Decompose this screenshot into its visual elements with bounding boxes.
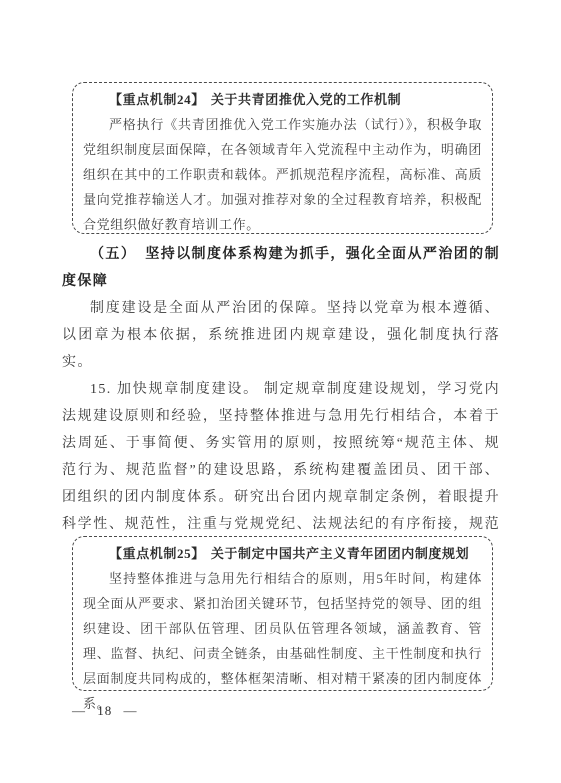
box-25-title: 关于制定中国共产主义青年团团内制度规划 [211,546,469,561]
document-page: 【重点机制24】关于共青团推优入党的工作机制 严格执行《共青团推优入党工作实施办… [0,0,561,783]
box-24-body: 严格执行《共青团推优入党工作实施办法（试行）》，积极争取党组织制度层面保障，在各… [83,112,482,237]
box-25-label: 【重点机制25】 [109,546,205,561]
paragraph-item-15: 15. 加快规章制度建设。制定规章制度建设规划，学习党内法规建设原则和经验，坚持… [62,376,500,537]
key-mechanism-box-25: 【重点机制25】关于制定中国共产主义青年团团内制度规划 坚持整体推进与急用先行相… [72,536,493,691]
box-24-title-line: 【重点机制24】关于共青团推优入党的工作机制 [83,87,482,112]
section-heading-number: （五） [90,247,136,262]
item-15-body: 制定规章制度建设规划，学习党内法规建设原则和经验，坚持整体推进与急用先行相结合，… [62,382,500,537]
page-number: — 18 — [72,703,138,719]
box-24-label: 【重点机制24】 [109,92,205,107]
key-mechanism-box-24: 【重点机制24】关于共青团推优入党的工作机制 严格执行《共青团推优入党工作实施办… [72,82,493,234]
paragraph-institution: 制度建设是全面从严治团的保障。坚持以党章为根本遵循、以团章为根本依据，系统推进团… [62,295,500,376]
box-24-title: 关于共青团推优入党的工作机制 [211,92,401,107]
item-15-label: 15. 加快规章制度建设。 [90,382,259,397]
box-25-body: 坚持整体推进与急用先行相结合的原则，用5年时间，构建体现全面从严要求、紧扣治团关… [83,566,482,716]
section-heading: （五）坚持以制度体系构建为抓手，强化全面从严治团的制度保障 [62,241,500,295]
box-25-title-line: 【重点机制25】关于制定中国共产主义青年团团内制度规划 [83,541,482,566]
main-text-column: （五）坚持以制度体系构建为抓手，强化全面从严治团的制度保障 制度建设是全面从严治… [62,241,500,537]
